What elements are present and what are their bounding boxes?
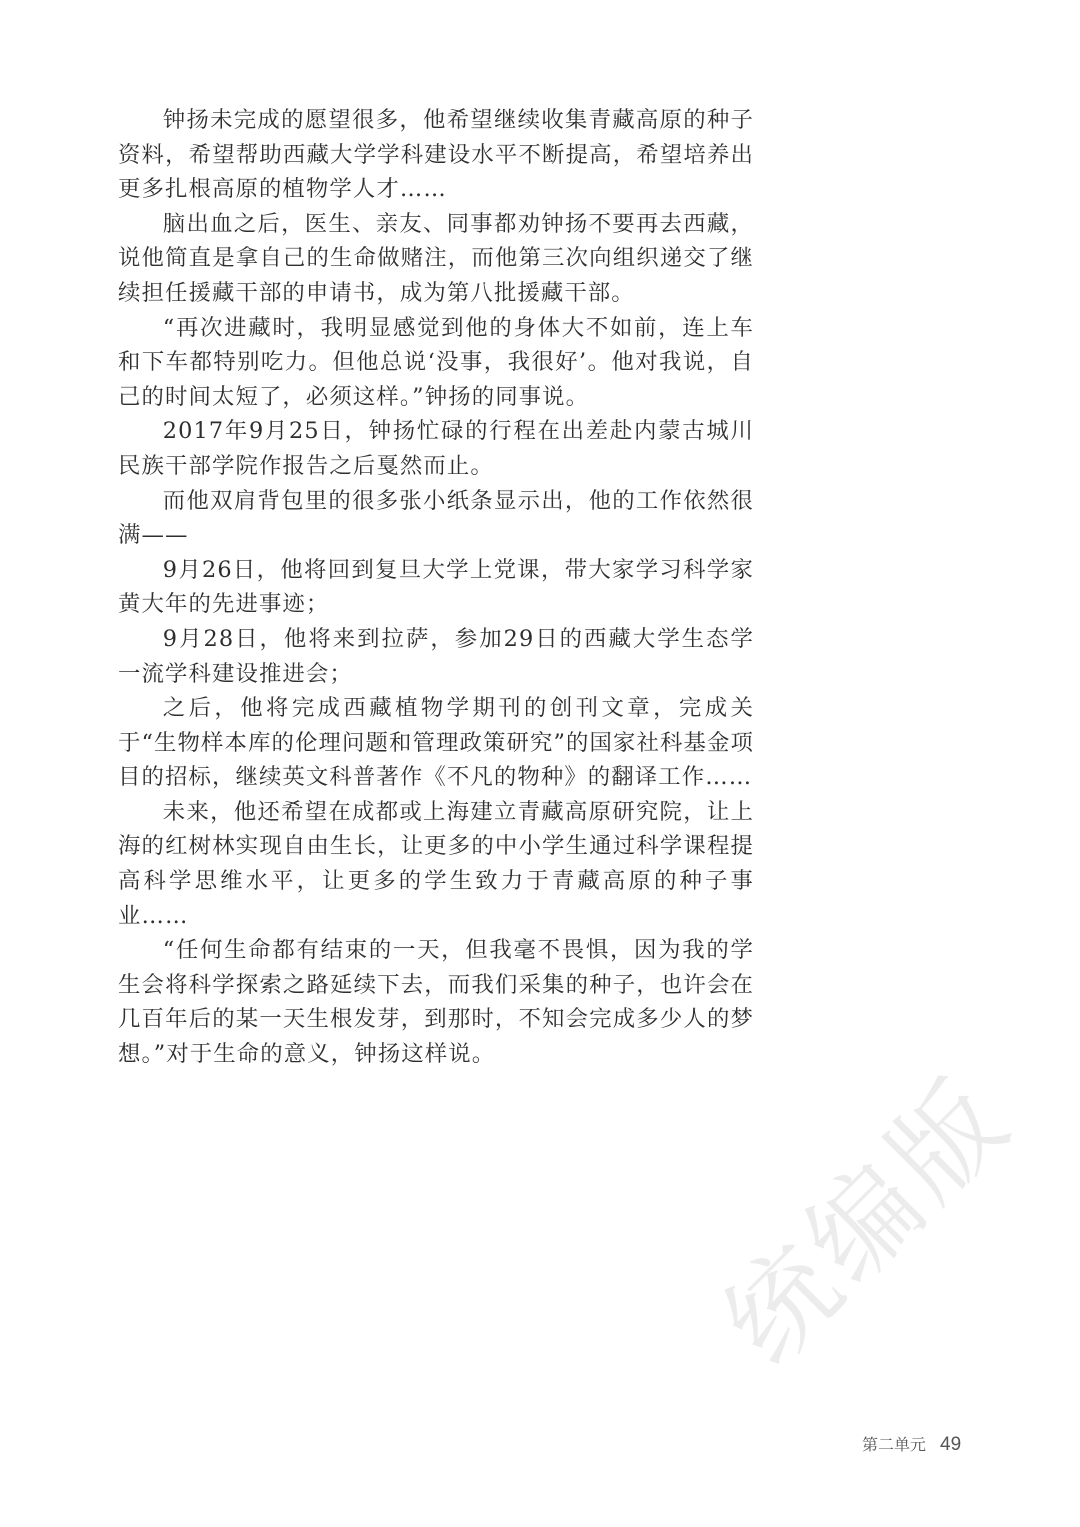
page-footer: 第二单元 49 bbox=[862, 1432, 961, 1456]
edition-watermark: 统编版 bbox=[703, 1033, 1057, 1387]
paragraph-after-hemorrhage: 脑出血之后，医生、亲友、同事都劝钟扬不要再去西藏，说他简直是拿自己的生命做赌注，… bbox=[118, 207, 754, 311]
paragraph-colleague-quote: “再次进藏时，我明显感觉到他的身体大不如前，连上车和下车都特别吃力。但他总说‘没… bbox=[118, 311, 754, 415]
page-number: 49 bbox=[940, 1434, 961, 1456]
paragraph-date-of-death: 2017年9月25日，钟扬忙碌的行程在出差赴内蒙古城川民族干部学院作报告之后戛然… bbox=[118, 414, 754, 483]
paragraph-backpack-notes: 而他双肩背包里的很多张小纸条显示出，他的工作依然很满—— bbox=[118, 484, 754, 553]
paragraph-sept-26-plan: 9月26日，他将回到复旦大学上党课，带大家学习科学家黄大年的先进事迹； bbox=[118, 553, 754, 622]
unit-label: 第二单元 bbox=[862, 1432, 926, 1455]
paragraph-meaning-of-life-quote: “任何生命都有结束的一天，但我毫不畏惧，因为我的学生会将科学探索之路延续下去，而… bbox=[118, 933, 754, 1071]
paragraph-sept-28-plan: 9月28日，他将来到拉萨，参加29日的西藏大学生态学一流学科建设推进会； bbox=[118, 622, 754, 691]
paragraph-unfinished-wishes: 钟扬未完成的愿望很多，他希望继续收集青藏高原的种子资料，希望帮助西藏大学学科建设… bbox=[118, 103, 754, 207]
paragraph-later-plans: 之后，他将完成西藏植物学期刊的创刊文章，完成关于“生物样本库的伦理问题和管理政策… bbox=[118, 691, 754, 795]
textbook-page: 钟扬未完成的愿望很多，他希望继续收集青藏高原的种子资料，希望帮助西藏大学学科建设… bbox=[0, 0, 1080, 1527]
paragraph-future-hopes: 未来，他还希望在成都或上海建立青藏高原研究院，让上海的红树林实现自由生长，让更多… bbox=[118, 795, 754, 933]
body-text: 钟扬未完成的愿望很多，他希望继续收集青藏高原的种子资料，希望帮助西藏大学学科建设… bbox=[118, 103, 754, 1072]
